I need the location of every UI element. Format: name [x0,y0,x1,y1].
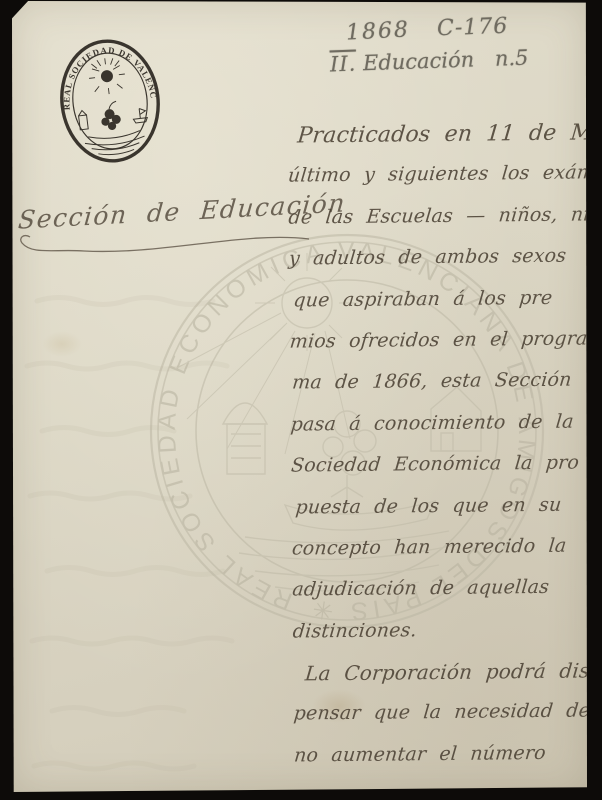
series-label: II. Educación n.5 [330,46,529,77]
letter-line: La Corporación podrá dis [290,658,587,703]
archival-year: 1868 [345,17,410,45]
stain [42,331,82,357]
series-number: n.5 [494,46,528,71]
archival-code: C-176 [437,14,509,41]
letter-line: pensar que la necesidad de [291,700,587,745]
letter-line: pasa á conocimiento de la [288,410,587,455]
official-stamp: REAL SOCIEDAD DE VALENCIA [48,28,172,174]
letter-line: puesta de los que en su [289,493,587,538]
letter-line: mios ofrecidos en el progra [287,327,587,372]
letter-line: no aumentar el número [291,741,587,786]
letter-body: Practicados en 11 de Mayo último y sigui… [287,120,587,785]
scan-frame: REAL SOCIEDAD ECONOMICA VALENCIANA DE AM… [0,0,602,800]
letter-line: distinciones. [290,617,587,662]
letter-line: concepto han merecido la [289,534,587,579]
margin-note-flourish [14,229,324,269]
letter-line: Sociedad Económica la pro [288,452,587,497]
letter-line: de las Escuelas — niños, niñas [286,203,587,248]
letter-line: último y siguientes los exámenes [285,162,587,207]
letter-line: ma de 1866, esta Sección [287,369,587,414]
paper: REAL SOCIEDAD ECONOMICA VALENCIANA DE AM… [12,1,587,792]
series-name: Educación [363,47,475,75]
letter-line: y adultos de ambos sexos [286,245,587,290]
letter-line: adjudicación de aquellas [290,576,587,621]
letter-line: que aspiraban á los pre [287,286,587,331]
series-numeral: II. [330,52,357,77]
letter-line: Practicados en 11 de Mayo [285,120,587,165]
